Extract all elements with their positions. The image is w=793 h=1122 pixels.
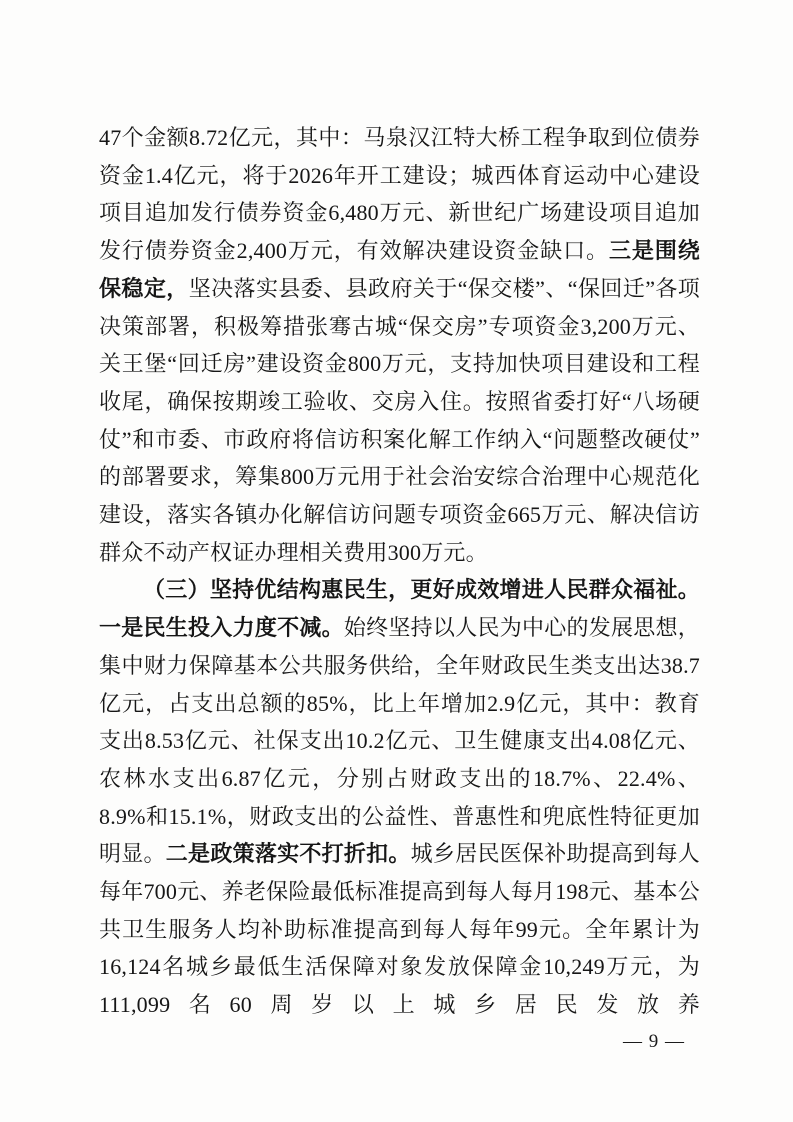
bold-text-run: 二是政策落实不打折扣。: [166, 841, 411, 866]
text-run: 始终坚持以人民为中心的发展思想，集中财力保障基本公共服务供给，全年财政民生类支出…: [99, 615, 700, 866]
page-number: — 9 —: [623, 1031, 685, 1053]
document-page: 47个金额8.72亿元，其中：马泉汉江特大桥工程争取到位债券资金1.4亿元，将于…: [0, 0, 793, 1122]
document-body: 47个金额8.72亿元，其中：马泉汉江特大桥工程争取到位债券资金1.4亿元，将于…: [99, 119, 700, 1024]
text-run: 坚决落实县委、县政府关于“保交楼”、“保回迁”各项决策部署，积极筹措张骞古城“保…: [99, 276, 700, 565]
body-paragraph: 47个金额8.72亿元，其中：马泉汉江特大桥工程争取到位债券资金1.4亿元，将于…: [99, 119, 700, 571]
body-paragraph: （三）坚持优结构惠民生，更好成效增进人民群众福祉。一是民生投入力度不减。始终坚持…: [99, 571, 700, 1023]
text-run: 城乡居民医保补助提高到每人每年700元、养老保险最低标准提高到每人每月198元、…: [99, 841, 700, 1017]
